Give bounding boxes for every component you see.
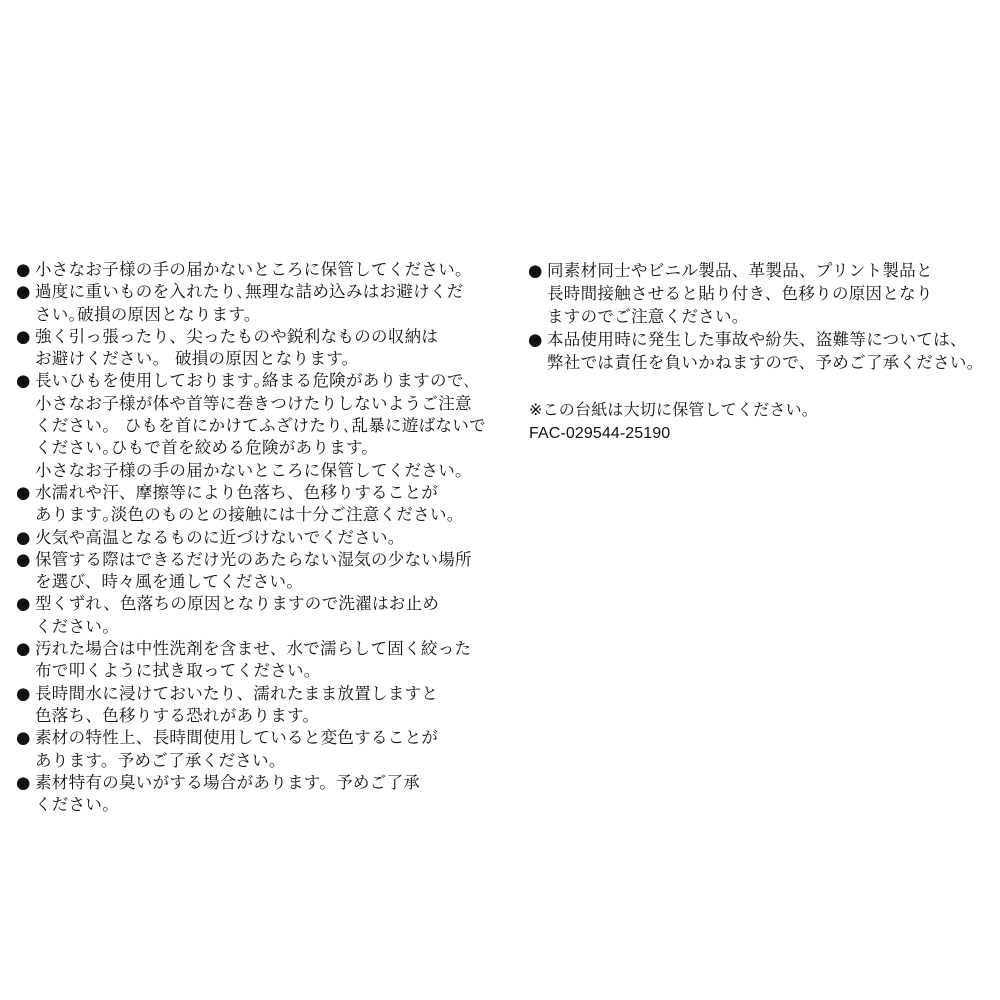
footer-note: ※この台紙は大切に保管してください。 FAC-029544-25190	[529, 398, 818, 446]
bullet-icon: ●	[528, 328, 547, 351]
instruction-line: 火気や高温となるものに近づけないでください。	[35, 527, 506, 549]
instruction-line: 長時間水に浸けておいたり、濡れたまま放置しますと	[35, 683, 506, 705]
instruction-line: あります。予めご了承ください。	[35, 750, 506, 772]
instruction-line: ください。 ひもを首にかけてふざけたり､乱暴に遊ばないで	[35, 415, 506, 437]
instruction-item: ●過度に重いものを入れたり､無理な詰め込みはお避けください｡破損の原因となります…	[16, 281, 506, 326]
bullet-icon: ●	[16, 638, 35, 660]
bullet-icon: ●	[16, 326, 35, 348]
instruction-line: 小さなお子様の手の届かないところに保管してください。	[35, 460, 506, 482]
instruction-line: ください。	[35, 616, 506, 638]
instruction-item: ●長いひもを使用しております｡絡まる危険がありますので､小さなお子様が体や首等に…	[16, 370, 506, 481]
product-code: FAC-029544-25190	[529, 422, 818, 446]
instruction-line: ますのでご注意ください。	[547, 305, 998, 328]
care-instructions-right: ●同素材同士やビニル製品、革製品、プリント製品と長時間接触させると貼り付き、色移…	[528, 259, 998, 374]
instruction-item: ●汚れた場合は中性洗剤を含ませ、水で濡らして固く絞った布で叩くように拭き取ってく…	[16, 638, 506, 683]
instruction-line: 同素材同士やビニル製品、革製品、プリント製品と	[547, 259, 998, 282]
instruction-line: 汚れた場合は中性洗剤を含ませ、水で濡らして固く絞った	[35, 638, 506, 660]
instruction-item: ●本品使用時に発生した事故や紛失、盗難等については、弊社では責任を負いかねますの…	[528, 328, 998, 374]
instruction-line: 素材特有の臭いがする場合があります。予めご了承	[35, 772, 506, 794]
bullet-icon: ●	[16, 281, 35, 303]
instruction-item: ●火気や高温となるものに近づけないでください。	[16, 527, 506, 549]
instruction-line: 水濡れや汗、摩擦等により色落ち、色移りすることが	[35, 482, 506, 504]
instruction-line: あります｡淡色のものとの接触には十分ご注意ください。	[35, 504, 506, 526]
instruction-line: 弊社では責任を負いかねますので、予めご了承ください。	[547, 351, 998, 374]
bullet-icon: ●	[528, 259, 547, 282]
instruction-line: 過度に重いものを入れたり､無理な詰め込みはお避けくだ	[35, 281, 506, 303]
keep-card-note: ※この台紙は大切に保管してください。	[529, 398, 818, 422]
instruction-item: ●同素材同士やビニル製品、革製品、プリント製品と長時間接触させると貼り付き、色移…	[528, 259, 998, 328]
instruction-item: ●小さなお子様の手の届かないところに保管してください。	[16, 259, 506, 281]
instruction-item: ●水濡れや汗、摩擦等により色落ち、色移りすることがあります｡淡色のものとの接触に…	[16, 482, 506, 527]
instruction-item: ●型くずれ、色落ちの原因となりますので洗濯はお止めください。	[16, 593, 506, 638]
bullet-icon: ●	[16, 370, 35, 392]
instruction-line: ください｡ひもで首を絞める危険があります。	[35, 437, 506, 459]
bullet-icon: ●	[16, 549, 35, 571]
instruction-line: ください。	[35, 794, 506, 816]
instruction-line: お避けください。 破損の原因となります。	[35, 348, 506, 370]
instruction-item: ●素材特有の臭いがする場合があります。予めご了承ください。	[16, 772, 506, 817]
bullet-icon: ●	[16, 772, 35, 794]
bullet-icon: ●	[16, 727, 35, 749]
instruction-line: 小さなお子様の手の届かないところに保管してください。	[35, 259, 506, 281]
bullet-icon: ●	[16, 482, 35, 504]
instruction-line: 小さなお子様が体や首等に巻きつけたりしないようご注意	[35, 393, 506, 415]
instruction-item: ●長時間水に浸けておいたり、濡れたまま放置しますと色落ち、色移りする恐れがありま…	[16, 683, 506, 728]
care-instructions-left: ●小さなお子様の手の届かないところに保管してください。●過度に重いものを入れたり…	[16, 259, 506, 816]
bullet-icon: ●	[16, 259, 35, 281]
instruction-line: 本品使用時に発生した事故や紛失、盗難等については、	[547, 328, 998, 351]
instruction-item: ●素材の特性上、長時間使用していると変色することがあります。予めご了承ください。	[16, 727, 506, 772]
instruction-line: 長いひもを使用しております｡絡まる危険がありますので､	[35, 370, 506, 392]
instruction-line: 布で叩くように拭き取ってください。	[35, 660, 506, 682]
instruction-item: ●強く引っ張ったり、尖ったものや鋭利なものの収納はお避けください。 破損の原因と…	[16, 326, 506, 371]
instruction-item: ●保管する際はできるだけ光のあたらない湿気の少ない場所を選び、時々風を通してくだ…	[16, 549, 506, 594]
instruction-line: 長時間接触させると貼り付き、色移りの原因となり	[547, 282, 998, 305]
instruction-line: 強く引っ張ったり、尖ったものや鋭利なものの収納は	[35, 326, 506, 348]
instruction-line: 型くずれ、色落ちの原因となりますので洗濯はお止め	[35, 593, 506, 615]
instruction-line: 色落ち、色移りする恐れがあります。	[35, 705, 506, 727]
instruction-line: さい｡破損の原因となります。	[35, 304, 506, 326]
instruction-line: 保管する際はできるだけ光のあたらない湿気の少ない場所	[35, 549, 506, 571]
bullet-icon: ●	[16, 527, 35, 549]
bullet-icon: ●	[16, 683, 35, 705]
instruction-line: 素材の特性上、長時間使用していると変色することが	[35, 727, 506, 749]
instruction-line: を選び、時々風を通してください。	[35, 571, 506, 593]
bullet-icon: ●	[16, 593, 35, 615]
